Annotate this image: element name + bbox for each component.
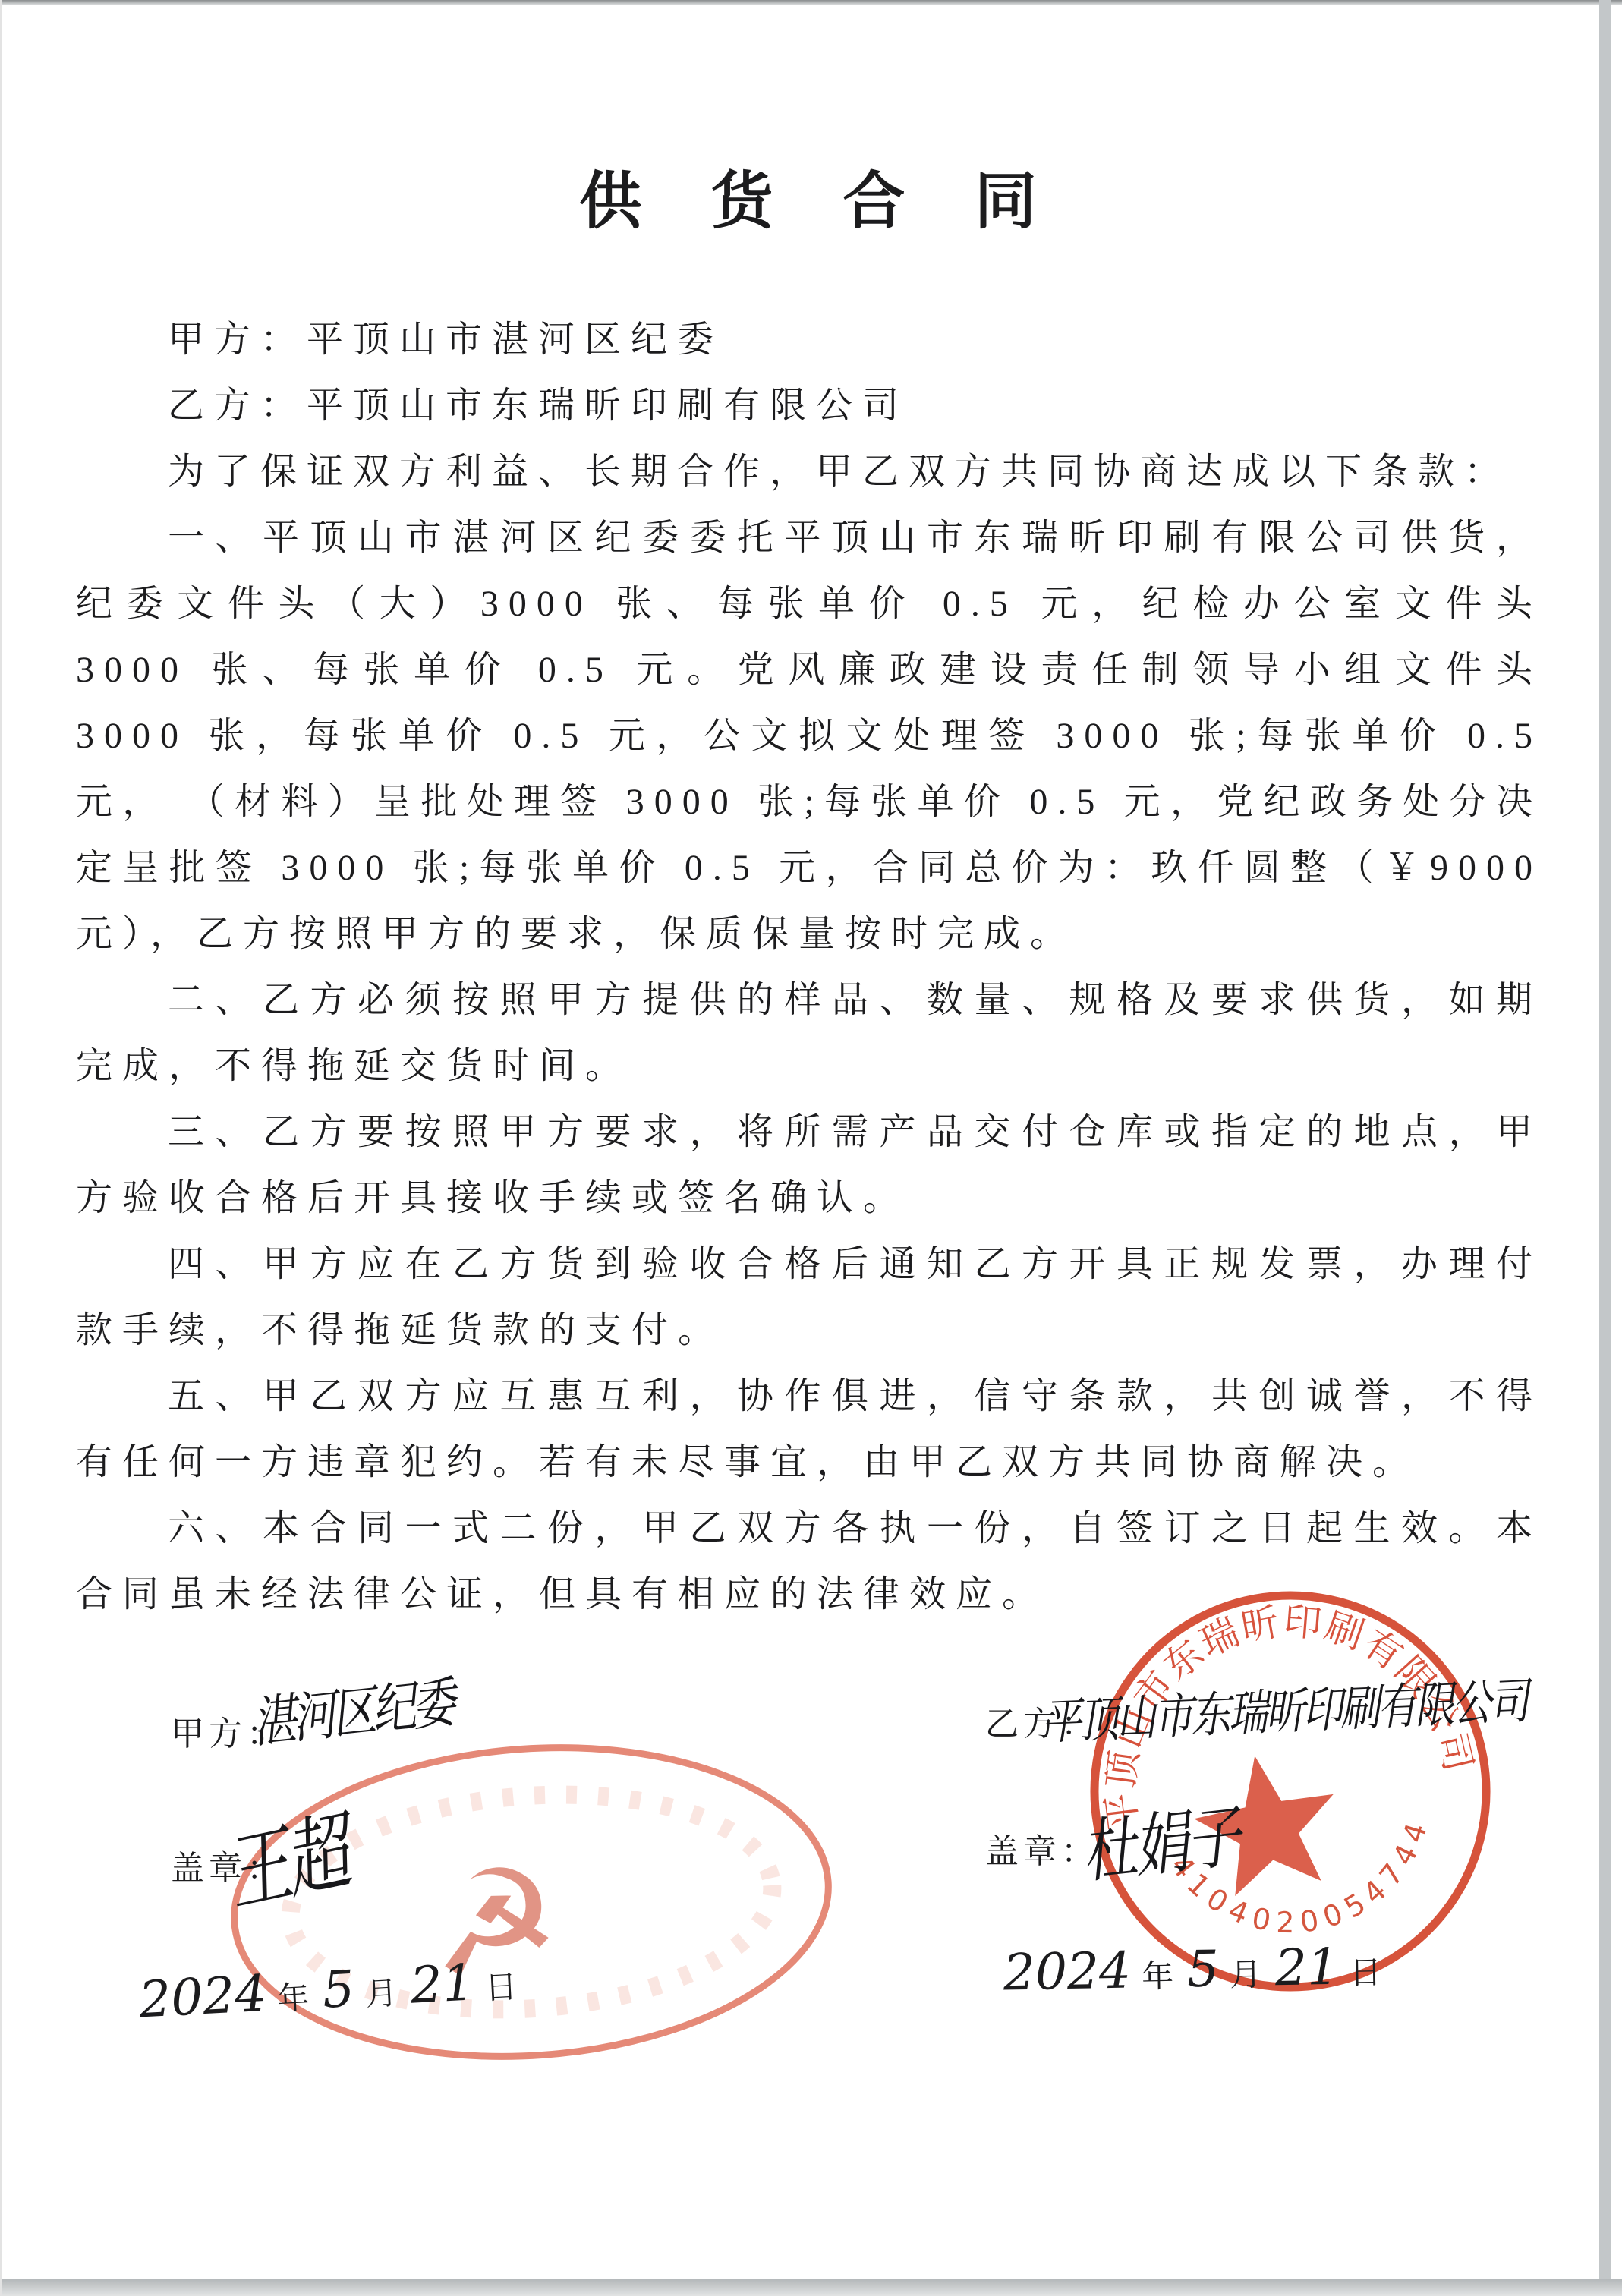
scan-edge-left [0, 0, 2, 2296]
page-title: 供 货 合 同 [0, 152, 1622, 241]
party-b-line: 乙方：平顶山市东瑞昕印刷有限公司 [76, 373, 1542, 439]
clause-1: 一、平顶山市湛河区纪委委托平顶山市东瑞昕印刷有限公司供货，纪委文件头（大）300… [76, 505, 1542, 967]
party-a-seal-signature: 王超 [213, 1784, 354, 1929]
party-b-date-month-unit: 月 [1230, 1950, 1262, 1996]
party-b-date: 2024 年 5 月 21 日 [1003, 1937, 1395, 2002]
party-a-date-month-unit: 月 [364, 1968, 398, 2015]
preamble: 为了保证双方利益、长期合作，甲乙双方共同协商达成以下条款： [76, 439, 1542, 505]
scan-edge-right [1599, 0, 1611, 2296]
party-a-line: 甲方：平顶山市湛河区纪委 [76, 307, 1542, 373]
party-b-seal-signature: 杜娟子 [1076, 1781, 1242, 1896]
clause-4: 四、甲方应在乙方货到验收合格后通知乙方开具正规发票，办理付款手续，不得拖延货款的… [76, 1231, 1542, 1363]
clause-2: 二、乙方必须按照甲方提供的样品、数量、规格及要求供货，如期完成，不得拖延交货时间… [76, 967, 1542, 1099]
party-b-date-day: 21 [1274, 1938, 1339, 1997]
party-b-date-month: 5 [1186, 1940, 1219, 1999]
party-a-date-month: 5 [321, 1960, 356, 2020]
clause-5: 五、甲乙双方应互惠互利，协作俱进，信守条款，共创诚誉，不得有任何一方违章犯约。若… [76, 1363, 1542, 1495]
party-b-date-year-unit: 年 [1142, 1951, 1174, 1998]
party-a-date-day-unit: 日 [483, 1961, 518, 2008]
clause-3: 三、乙方要按照甲方要求，将所需产品交付仓库或指定的地点，甲方验收合格后开具接收手… [76, 1099, 1542, 1231]
scan-edge-bottom [0, 2279, 1622, 2296]
party-b-date-year: 2024 [1003, 1942, 1131, 2002]
contract-page: 供 货 合 同 甲方：平顶山市湛河区纪委 乙方：平顶山市东瑞昕印刷有限公司 为了… [0, 0, 1622, 2296]
party-a-date-day: 21 [409, 1953, 476, 2014]
party-a-date-year: 2024 [137, 1964, 268, 2030]
contract-body: 甲方：平顶山市湛河区纪委 乙方：平顶山市东瑞昕印刷有限公司 为了保证双方利益、长… [76, 307, 1542, 1627]
party-b-date-day-unit: 日 [1350, 1948, 1382, 1994]
party-a-date-year-unit: 年 [276, 1973, 310, 2020]
scan-edge-top [0, 0, 1622, 5]
